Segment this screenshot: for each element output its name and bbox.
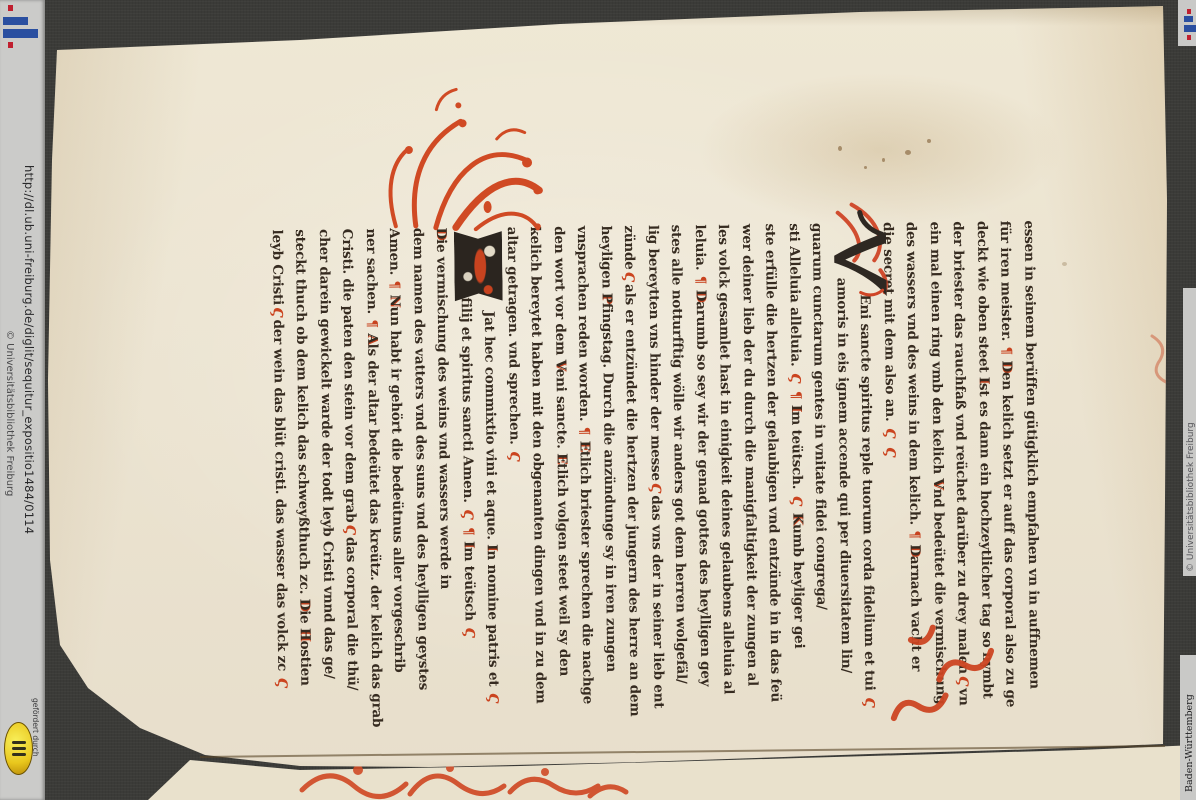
red-paragraph-mark: ¶ [364,318,380,329]
margin-red-scribble [1146,330,1174,404]
logo-blue-bar [3,29,38,38]
rubricated-capital: N [387,294,403,306]
rubricated-capital: V [552,360,568,369]
frame-strip-left: http://dl.ub.uni-freiburg.de/diglit/sequ… [0,0,45,800]
red-paragraph-mark: ¶ [907,529,923,540]
red-line-filler: ς [459,507,479,522]
funder-logo-icon [4,722,33,775]
rubricated-capital: D [693,290,709,302]
red-line-filler: ς [273,675,293,690]
stain-speck [905,150,911,155]
scan-image: essen in seinem berüffen gütigklich empf… [0,0,1196,800]
rubricated-capital: E [577,441,593,451]
manuscript-page: essen in seinem berüffen gütigklich empf… [0,0,1196,800]
red-line-filler: ς [621,269,641,284]
rubricated-capital: A [364,333,380,343]
red-flourish-burst [360,78,548,232]
source-url-label: http://dl.ub.uni-freiburg.de/diglit/sequ… [18,165,36,665]
initial-v-calligraphic [826,200,893,305]
rubricated-capital: K [789,513,805,524]
logo-red-square [8,5,13,11]
red-paragraph-mark: ¶ [788,390,804,401]
initial-f-woodcut [454,229,503,304]
rubricated-capital: D [999,360,1015,372]
red-paragraph-mark: ¶ [692,275,708,286]
rubricated-capital: I [484,544,500,550]
red-paragraph-mark: ¶ [460,526,476,537]
red-line-filler: ς [647,481,667,496]
red-line-filler: ς [787,371,807,386]
rubricated-capital: E [554,453,570,463]
red-paragraph-mark: ¶ [387,279,403,290]
rubricated-capital: I [461,541,477,547]
red-cadel-swashes [877,617,1005,769]
copyright-label-left: © Universitätsbibliothek Freiburg [2,330,15,625]
stain-speck [927,139,931,143]
red-line-filler: ς [461,625,481,640]
stain-speck [838,146,842,151]
red-paragraph-mark: ¶ [577,426,593,437]
red-line-filler: ς [882,445,902,460]
logo-blue-bar [3,17,28,25]
copyright-label-right: © Universitätsbibliothek Freiburg [1186,290,1196,572]
rubricated-capital: H [297,628,313,641]
logo-blue-bar [1184,16,1193,22]
red-line-filler: ς [269,305,289,320]
red-line-filler: ς [788,494,808,509]
logo-blue-bar [1184,25,1196,32]
stain-speck [864,166,867,169]
stain-speck [1062,262,1067,266]
logo-red-square [1187,9,1191,14]
rubricated-capital: I [788,405,804,411]
stain-speck [882,158,885,162]
red-line-filler: ς [881,426,901,441]
red-line-filler: ς [342,522,362,537]
rubricated-capital: V [930,478,946,488]
red-paragraph-mark: ¶ [999,345,1015,356]
text-block: essen in seinem berüffen gütigklich empf… [264,220,1046,749]
ub-freiburg-logo-icon [0,0,45,58]
logo-red-square [1187,35,1191,40]
rubricated-capital: P [599,293,615,303]
region-label: Baden-Württemberg [1184,672,1195,792]
logo-red-square [8,42,13,48]
red-line-filler: ς [485,691,505,706]
rubricated-capital: D [907,544,923,556]
red-line-filler: ς [506,449,526,464]
rubricated-capital: I [976,377,992,383]
rubricated-capital: D [297,599,313,611]
